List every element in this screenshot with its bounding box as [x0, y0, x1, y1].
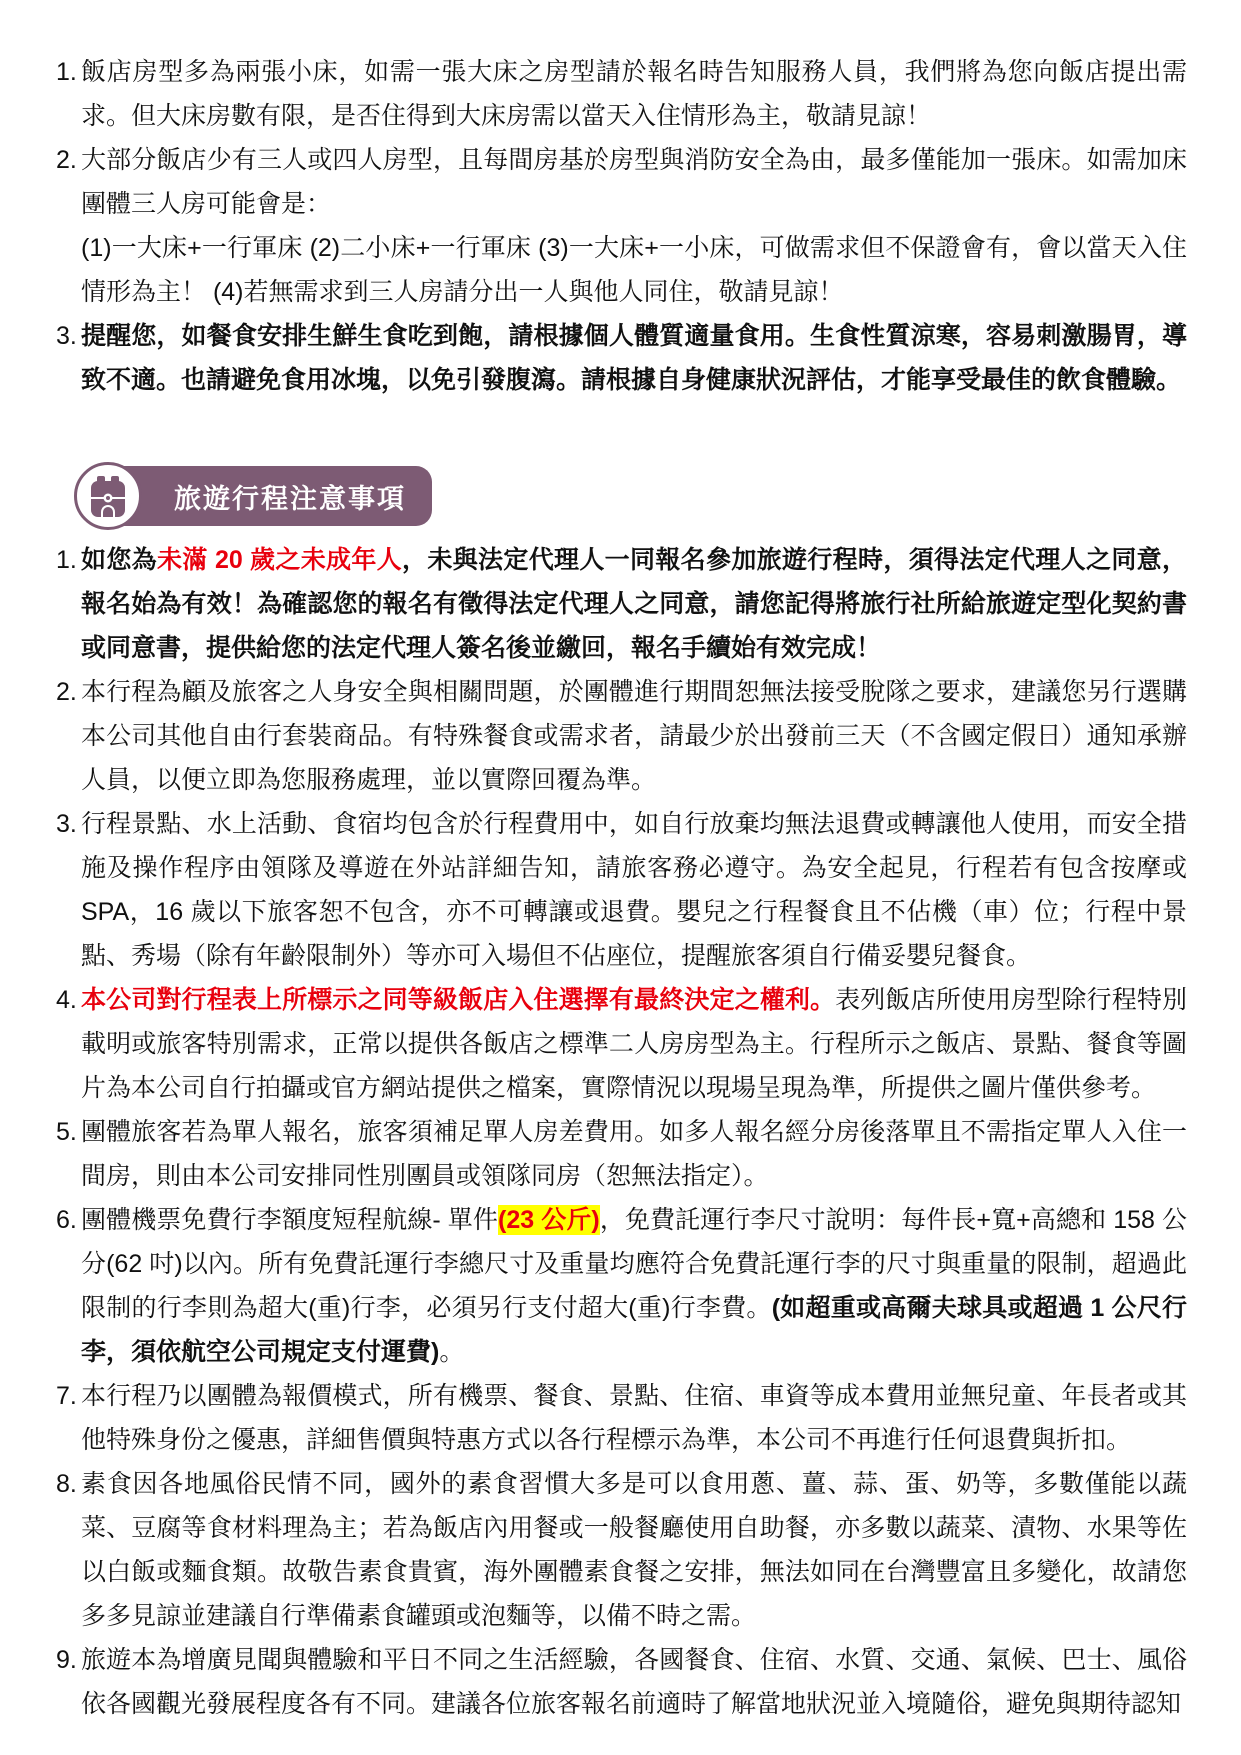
- text-segment: 本行程為顧及旅客之人身安全與相關問題，於團體進行期間恕無法接受脫隊之要求，建議您…: [81, 678, 1187, 794]
- list-item: 3.行程景點、水上活動、食宿均包含於行程費用中，如自行放棄均無法退費或轉讓他人使…: [56, 802, 1187, 978]
- item-number: 4.: [56, 978, 77, 1022]
- list-item: 2.大部分飯店少有三人或四人房型，且每間房基於房型與消防安全為由，最多僅能加一張…: [56, 138, 1187, 314]
- list-item: 1.如您為未滿 20 歲之未成年人，未與法定代理人一同報名參加旅遊行程時，須得法…: [56, 538, 1187, 670]
- item-number: 1.: [56, 50, 77, 94]
- list-item: 9.旅遊本為增廣見聞與體驗和平日不同之生活經驗，各國餐食、住宿、水質、交通、氣候…: [56, 1638, 1187, 1726]
- item-number: 6.: [56, 1198, 77, 1242]
- text-segment: 飯店房型多為兩張小床，如需一張大床之房型請於報名時告知服務人員，我們將為您向飯店…: [81, 58, 1187, 130]
- item-number: 5.: [56, 1110, 77, 1154]
- item-text: 本公司對行程表上所標示之同等級飯店入住選擇有最終決定之權利。表列飯店所使用房型除…: [81, 986, 1187, 1102]
- item-text: 素食因各地風俗民情不同，國外的素食習慣大多是可以食用蔥、薑、蒜、蛋、奶等，多數僅…: [81, 1470, 1187, 1630]
- backpack-icon: [74, 462, 142, 530]
- text-segment: 素食因各地風俗民情不同，國外的素食習慣大多是可以食用蔥、薑、蒜、蛋、奶等，多數僅…: [81, 1470, 1187, 1630]
- text-segment: 。: [439, 1338, 464, 1366]
- text-segment: 未滿 20 歲之未成年人: [157, 546, 402, 574]
- text-segment: 團體旅客若為單人報名，旅客須補足單人房差費用。如多人報名經分房後落單且不需指定單…: [81, 1118, 1187, 1190]
- list-item: 3.提醒您，如餐食安排生鮮生食吃到飽，請根據個人體質適量食用。生食性質涼寒，容易…: [56, 314, 1187, 402]
- text-segment: 大部分飯店少有三人或四人房型，且每間房基於房型與消防安全為由，最多僅能加一張床。…: [81, 146, 1187, 306]
- list-item: 8.素食因各地風俗民情不同，國外的素食習慣大多是可以食用蔥、薑、蒜、蛋、奶等，多…: [56, 1462, 1187, 1638]
- item-text: 本行程為顧及旅客之人身安全與相關問題，於團體進行期間恕無法接受脫隊之要求，建議您…: [81, 678, 1187, 794]
- list-item: 5.團體旅客若為單人報名，旅客須補足單人房差費用。如多人報名經分房後落單且不需指…: [56, 1110, 1187, 1198]
- item-number: 3.: [56, 314, 77, 358]
- list-item: 1.飯店房型多為兩張小床，如需一張大床之房型請於報名時告知服務人員，我們將為您向…: [56, 50, 1187, 138]
- section-badge: 旅遊行程注意事項: [84, 466, 432, 526]
- item-text: 飯店房型多為兩張小床，如需一張大床之房型請於報名時告知服務人員，我們將為您向飯店…: [81, 58, 1187, 130]
- item-text: 提醒您，如餐食安排生鮮生食吃到飽，請根據個人體質適量食用。生食性質涼寒，容易刺激…: [81, 322, 1187, 394]
- item-text: 大部分飯店少有三人或四人房型，且每間房基於房型與消防安全為由，最多僅能加一張床。…: [81, 146, 1187, 306]
- item-number: 3.: [56, 802, 77, 846]
- text-segment: 團體機票免費行李額度短程航線- 單件: [81, 1206, 498, 1234]
- item-text: 團體旅客若為單人報名，旅客須補足單人房差費用。如多人報名經分房後落單且不需指定單…: [81, 1118, 1187, 1190]
- hotel-notes-list: 1.飯店房型多為兩張小床，如需一張大床之房型請於報名時告知服務人員，我們將為您向…: [56, 50, 1187, 402]
- item-number: 2.: [56, 670, 77, 714]
- text-segment: 本公司對行程表上所標示之同等級飯店入住選擇有最終決定之權利。: [81, 986, 835, 1014]
- item-text: 本行程乃以團體為報價模式，所有機票、餐食、景點、住宿、車資等成本費用並無兒童、年…: [81, 1382, 1187, 1454]
- list-item: 7.本行程乃以團體為報價模式，所有機票、餐食、景點、住宿、車資等成本費用並無兒童…: [56, 1374, 1187, 1462]
- item-text: 旅遊本為增廣見聞與體驗和平日不同之生活經驗，各國餐食、住宿、水質、交通、氣候、巴…: [81, 1646, 1187, 1718]
- list-item: 4.本公司對行程表上所標示之同等級飯店入住選擇有最終決定之權利。表列飯店所使用房…: [56, 978, 1187, 1110]
- item-text: 團體機票免費行李額度短程航線- 單件(23 公斤)，免費託運行李尺寸說明：每件長…: [81, 1205, 1187, 1366]
- document-page: 1.飯店房型多為兩張小床，如需一張大床之房型請於報名時告知服務人員，我們將為您向…: [0, 0, 1241, 1755]
- item-text: 如您為未滿 20 歲之未成年人，未與法定代理人一同報名參加旅遊行程時，須得法定代…: [81, 546, 1187, 662]
- text-segment: (23 公斤): [498, 1205, 600, 1235]
- text-segment: 提醒您，如餐食安排生鮮生食吃到飽，請根據個人體質適量食用。生食性質涼寒，容易刺激…: [81, 322, 1187, 394]
- item-number: 9.: [56, 1638, 77, 1682]
- list-item: 6.團體機票免費行李額度短程航線- 單件(23 公斤)，免費託運行李尺寸說明：每…: [56, 1198, 1187, 1374]
- section-badge-label: 旅遊行程注意事項: [174, 477, 406, 516]
- text-segment: 如您為: [81, 546, 157, 574]
- item-number: 1.: [56, 538, 77, 582]
- itinerary-notes-list: 1.如您為未滿 20 歲之未成年人，未與法定代理人一同報名參加旅遊行程時，須得法…: [56, 538, 1187, 1726]
- text-segment: 行程景點、水上活動、食宿均包含於行程費用中，如自行放棄均無法退費或轉讓他人使用，…: [81, 810, 1194, 970]
- text-segment: 本行程乃以團體為報價模式，所有機票、餐食、景點、住宿、車資等成本費用並無兒童、年…: [81, 1382, 1187, 1454]
- item-number: 2.: [56, 138, 77, 182]
- text-segment: 旅遊本為增廣見聞與體驗和平日不同之生活經驗，各國餐食、住宿、水質、交通、氣候、巴…: [81, 1646, 1187, 1718]
- item-number: 8.: [56, 1462, 77, 1506]
- item-text: 行程景點、水上活動、食宿均包含於行程費用中，如自行放棄均無法退費或轉讓他人使用，…: [81, 810, 1194, 970]
- item-number: 7.: [56, 1374, 77, 1418]
- list-item: 2.本行程為顧及旅客之人身安全與相關問題，於團體進行期間恕無法接受脫隊之要求，建…: [56, 670, 1187, 802]
